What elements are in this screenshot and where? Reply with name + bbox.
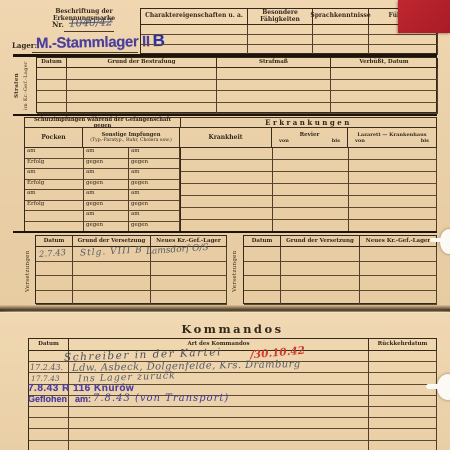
empty-cell bbox=[281, 247, 360, 262]
empty-cell bbox=[69, 418, 369, 429]
empty-cell bbox=[67, 103, 217, 115]
empty-cell bbox=[331, 80, 438, 92]
paper-notch-top-tail bbox=[430, 238, 444, 242]
heavy-rule-3 bbox=[13, 231, 437, 233]
strafen-table: Datum Grund der Bestrafung Strafmaß Verb… bbox=[36, 57, 437, 113]
cell-am: am bbox=[129, 169, 180, 180]
empty-cell bbox=[73, 291, 151, 306]
empty-cell bbox=[181, 160, 273, 172]
col-sprachkenntnisse: Sprachkenntnisse bbox=[313, 9, 369, 25]
versetz-col-datum: Datum bbox=[244, 236, 281, 247]
transfer-entry-date: 2.7.43 bbox=[39, 248, 67, 260]
empty-cell bbox=[369, 418, 437, 429]
cell-am: am bbox=[84, 190, 129, 201]
empty-cell bbox=[369, 35, 438, 45]
cell-am: am bbox=[25, 169, 84, 180]
impfungen-table: am am am Erfolg gegen gegen am am am Erf… bbox=[24, 148, 180, 232]
strafen-side-label-1: Strafen bbox=[14, 60, 20, 112]
empty-cell bbox=[349, 184, 437, 196]
heavy-rule-2 bbox=[13, 114, 437, 116]
empty-cell bbox=[29, 418, 69, 429]
kommandos-col-datum: Datum bbox=[29, 339, 69, 351]
empty-cell bbox=[181, 172, 273, 184]
empty-cell bbox=[349, 160, 437, 172]
empty-cell bbox=[29, 429, 69, 440]
empty-cell bbox=[244, 291, 281, 306]
erkrankungen-table bbox=[180, 148, 437, 232]
empty-cell bbox=[181, 196, 273, 208]
empty-cell bbox=[360, 291, 437, 306]
empty-cell bbox=[29, 441, 69, 450]
kommando-entry2-date: 17.2.43. bbox=[30, 363, 63, 372]
empty-cell bbox=[369, 407, 437, 418]
strafen-col-grund: Grund der Bestrafung bbox=[67, 58, 217, 68]
geflohen-date-handwritten: 7.8.43 (von Transport) bbox=[93, 393, 229, 404]
col-besondere-faehigkeiten: Besondere Fähigkeiten bbox=[248, 9, 313, 25]
cell-am: am bbox=[25, 148, 84, 159]
traits-table: Charaktereigenschaften u. a. Besondere F… bbox=[140, 8, 437, 54]
empty-cell bbox=[369, 373, 437, 384]
cell-gegen: gegen bbox=[129, 180, 180, 191]
versetzungen-table-right: Datum Grund der Versetzung Neues Kr.-Gef… bbox=[243, 235, 437, 304]
empty-cell bbox=[244, 247, 281, 262]
empty-cell bbox=[67, 80, 217, 92]
lager-underline bbox=[32, 52, 138, 53]
lazarett-bis: bis bbox=[421, 138, 429, 144]
col-pocken: Pocken bbox=[24, 128, 83, 148]
cell-am: am bbox=[25, 190, 84, 201]
nr-label: Nr. bbox=[52, 21, 64, 29]
empty-cell bbox=[36, 262, 73, 277]
empty-cell bbox=[25, 211, 84, 222]
empty-cell bbox=[360, 262, 437, 277]
cell-gegen: gegen bbox=[84, 180, 129, 191]
empty-cell bbox=[217, 68, 331, 80]
empty-cell bbox=[37, 103, 67, 115]
empty-cell bbox=[369, 441, 437, 450]
empty-cell bbox=[244, 262, 281, 277]
empty-cell bbox=[73, 276, 151, 291]
cell-am: am bbox=[129, 190, 180, 201]
empty-cell bbox=[37, 68, 67, 80]
empty-cell bbox=[37, 91, 67, 103]
empty-cell bbox=[217, 103, 331, 115]
geflohen-am-stamp: am: bbox=[75, 394, 91, 404]
empty-cell bbox=[313, 25, 369, 35]
empty-cell bbox=[369, 429, 437, 440]
revier-bis: bis bbox=[332, 138, 340, 144]
empty-cell bbox=[248, 35, 313, 45]
empty-cell bbox=[181, 184, 273, 196]
cell-gegen: gegen bbox=[129, 159, 180, 170]
card-bottom: Kommandos Datum Art des Kommandos Rückke… bbox=[0, 312, 450, 450]
red-sticker bbox=[398, 0, 450, 33]
empty-cell bbox=[369, 396, 437, 407]
empty-cell bbox=[67, 91, 217, 103]
cell-erfolg: Erfolg bbox=[25, 201, 84, 212]
empty-cell bbox=[349, 148, 437, 160]
cell-am: am bbox=[84, 211, 129, 222]
empty-cell bbox=[36, 291, 73, 306]
lager-label: Lager: bbox=[12, 42, 37, 50]
empty-cell bbox=[248, 25, 313, 35]
kommando-entry3-date: 17.7.43 bbox=[31, 374, 60, 383]
strafen-col-strafmass: Strafmaß bbox=[217, 58, 331, 68]
empty-cell bbox=[67, 68, 217, 80]
empty-cell bbox=[181, 148, 273, 160]
versetz-col-lager: Neues Kr.-Gef.-Lager bbox=[360, 236, 437, 247]
empty-cell bbox=[181, 208, 273, 220]
empty-cell bbox=[244, 276, 281, 291]
empty-cell bbox=[273, 160, 349, 172]
versetzungen-side-label-left: Versetzungen bbox=[25, 240, 31, 302]
col-sonstige-impfungen-sub: (Typ.-Paratyp., Ruhr, Cholera usw.) bbox=[90, 138, 172, 143]
cell-gegen: gegen bbox=[129, 201, 180, 212]
card-top: Beschriftung der Erkennungsmarke Nr. 104… bbox=[0, 0, 450, 309]
cell-erfolg: Erfolg bbox=[25, 159, 84, 170]
empty-cell bbox=[369, 362, 437, 373]
lazarett-von: von bbox=[355, 138, 365, 144]
cell-am: am bbox=[84, 148, 129, 159]
kommandos-title: Kommandos bbox=[28, 323, 437, 336]
empty-cell bbox=[331, 103, 438, 115]
cell-erfolg: Erfolg bbox=[25, 180, 84, 191]
empty-cell bbox=[141, 35, 248, 45]
empty-cell bbox=[281, 276, 360, 291]
empty-cell bbox=[36, 276, 73, 291]
geflohen-stamp: Geflohen bbox=[28, 394, 67, 404]
empty-cell bbox=[331, 68, 438, 80]
impfungen-header: Schutzimpfungen während der Gefangenscha… bbox=[24, 117, 180, 128]
stammlager-stamp-text: M.-Stammlager II bbox=[36, 33, 150, 52]
empty-cell bbox=[313, 35, 369, 45]
col-krankheit: Krankheit bbox=[180, 128, 272, 148]
erkrankungen-header: Erkrankungen bbox=[180, 117, 437, 128]
strafen-col-verbuesst: Verbüßt, Datum bbox=[331, 58, 438, 68]
empty-cell bbox=[151, 291, 227, 306]
empty-cell bbox=[360, 247, 437, 262]
empty-cell bbox=[217, 91, 331, 103]
card-edge-shadow bbox=[0, 305, 450, 312]
empty-cell bbox=[69, 407, 369, 418]
empty-cell bbox=[349, 172, 437, 184]
empty-cell bbox=[273, 208, 349, 220]
empty-cell bbox=[29, 407, 69, 418]
empty-cell bbox=[73, 262, 151, 277]
paper-notch-bottom-tail bbox=[426, 384, 442, 389]
empty-cell bbox=[273, 148, 349, 160]
col-charaktereigenschaften: Charaktereigenschaften u. a. bbox=[141, 9, 248, 25]
strafen-col-datum: Datum bbox=[37, 58, 67, 68]
versetzungen-side-label-right: Versetzungen bbox=[232, 240, 238, 302]
tag-number-handwritten: 1040/42 bbox=[69, 16, 113, 30]
empty-cell bbox=[69, 441, 369, 450]
empty-cell bbox=[151, 276, 227, 291]
empty-cell bbox=[273, 196, 349, 208]
empty-cell bbox=[349, 208, 437, 220]
empty-cell bbox=[141, 25, 248, 35]
empty-cell bbox=[37, 80, 67, 92]
empty-cell bbox=[69, 429, 369, 440]
empty-cell bbox=[151, 262, 227, 277]
versetz-col-datum: Datum bbox=[36, 236, 73, 247]
strafen-side-label-2: im Kr.-Gef.-Lager bbox=[23, 58, 29, 114]
cell-gegen: gegen bbox=[84, 159, 129, 170]
empty-cell bbox=[281, 262, 360, 277]
cell-am: am bbox=[84, 169, 129, 180]
empty-cell bbox=[331, 91, 438, 103]
empty-cell bbox=[273, 172, 349, 184]
empty-cell bbox=[281, 291, 360, 306]
empty-cell bbox=[273, 184, 349, 196]
kommandos-col-rueckkehr: Rückkehrdatum bbox=[369, 339, 437, 351]
pow-record-card-scan: Beschriftung der Erkennungsmarke Nr. 104… bbox=[0, 0, 450, 450]
empty-cell bbox=[217, 80, 331, 92]
cell-am: am bbox=[129, 148, 180, 159]
empty-cell bbox=[360, 276, 437, 291]
revier-von: von bbox=[279, 138, 289, 144]
empty-cell bbox=[369, 351, 437, 362]
cell-gegen: gegen bbox=[84, 201, 129, 212]
versetz-col-grund: Grund der Versetzung bbox=[281, 236, 360, 247]
empty-cell bbox=[349, 196, 437, 208]
cell-am: am bbox=[129, 211, 180, 222]
